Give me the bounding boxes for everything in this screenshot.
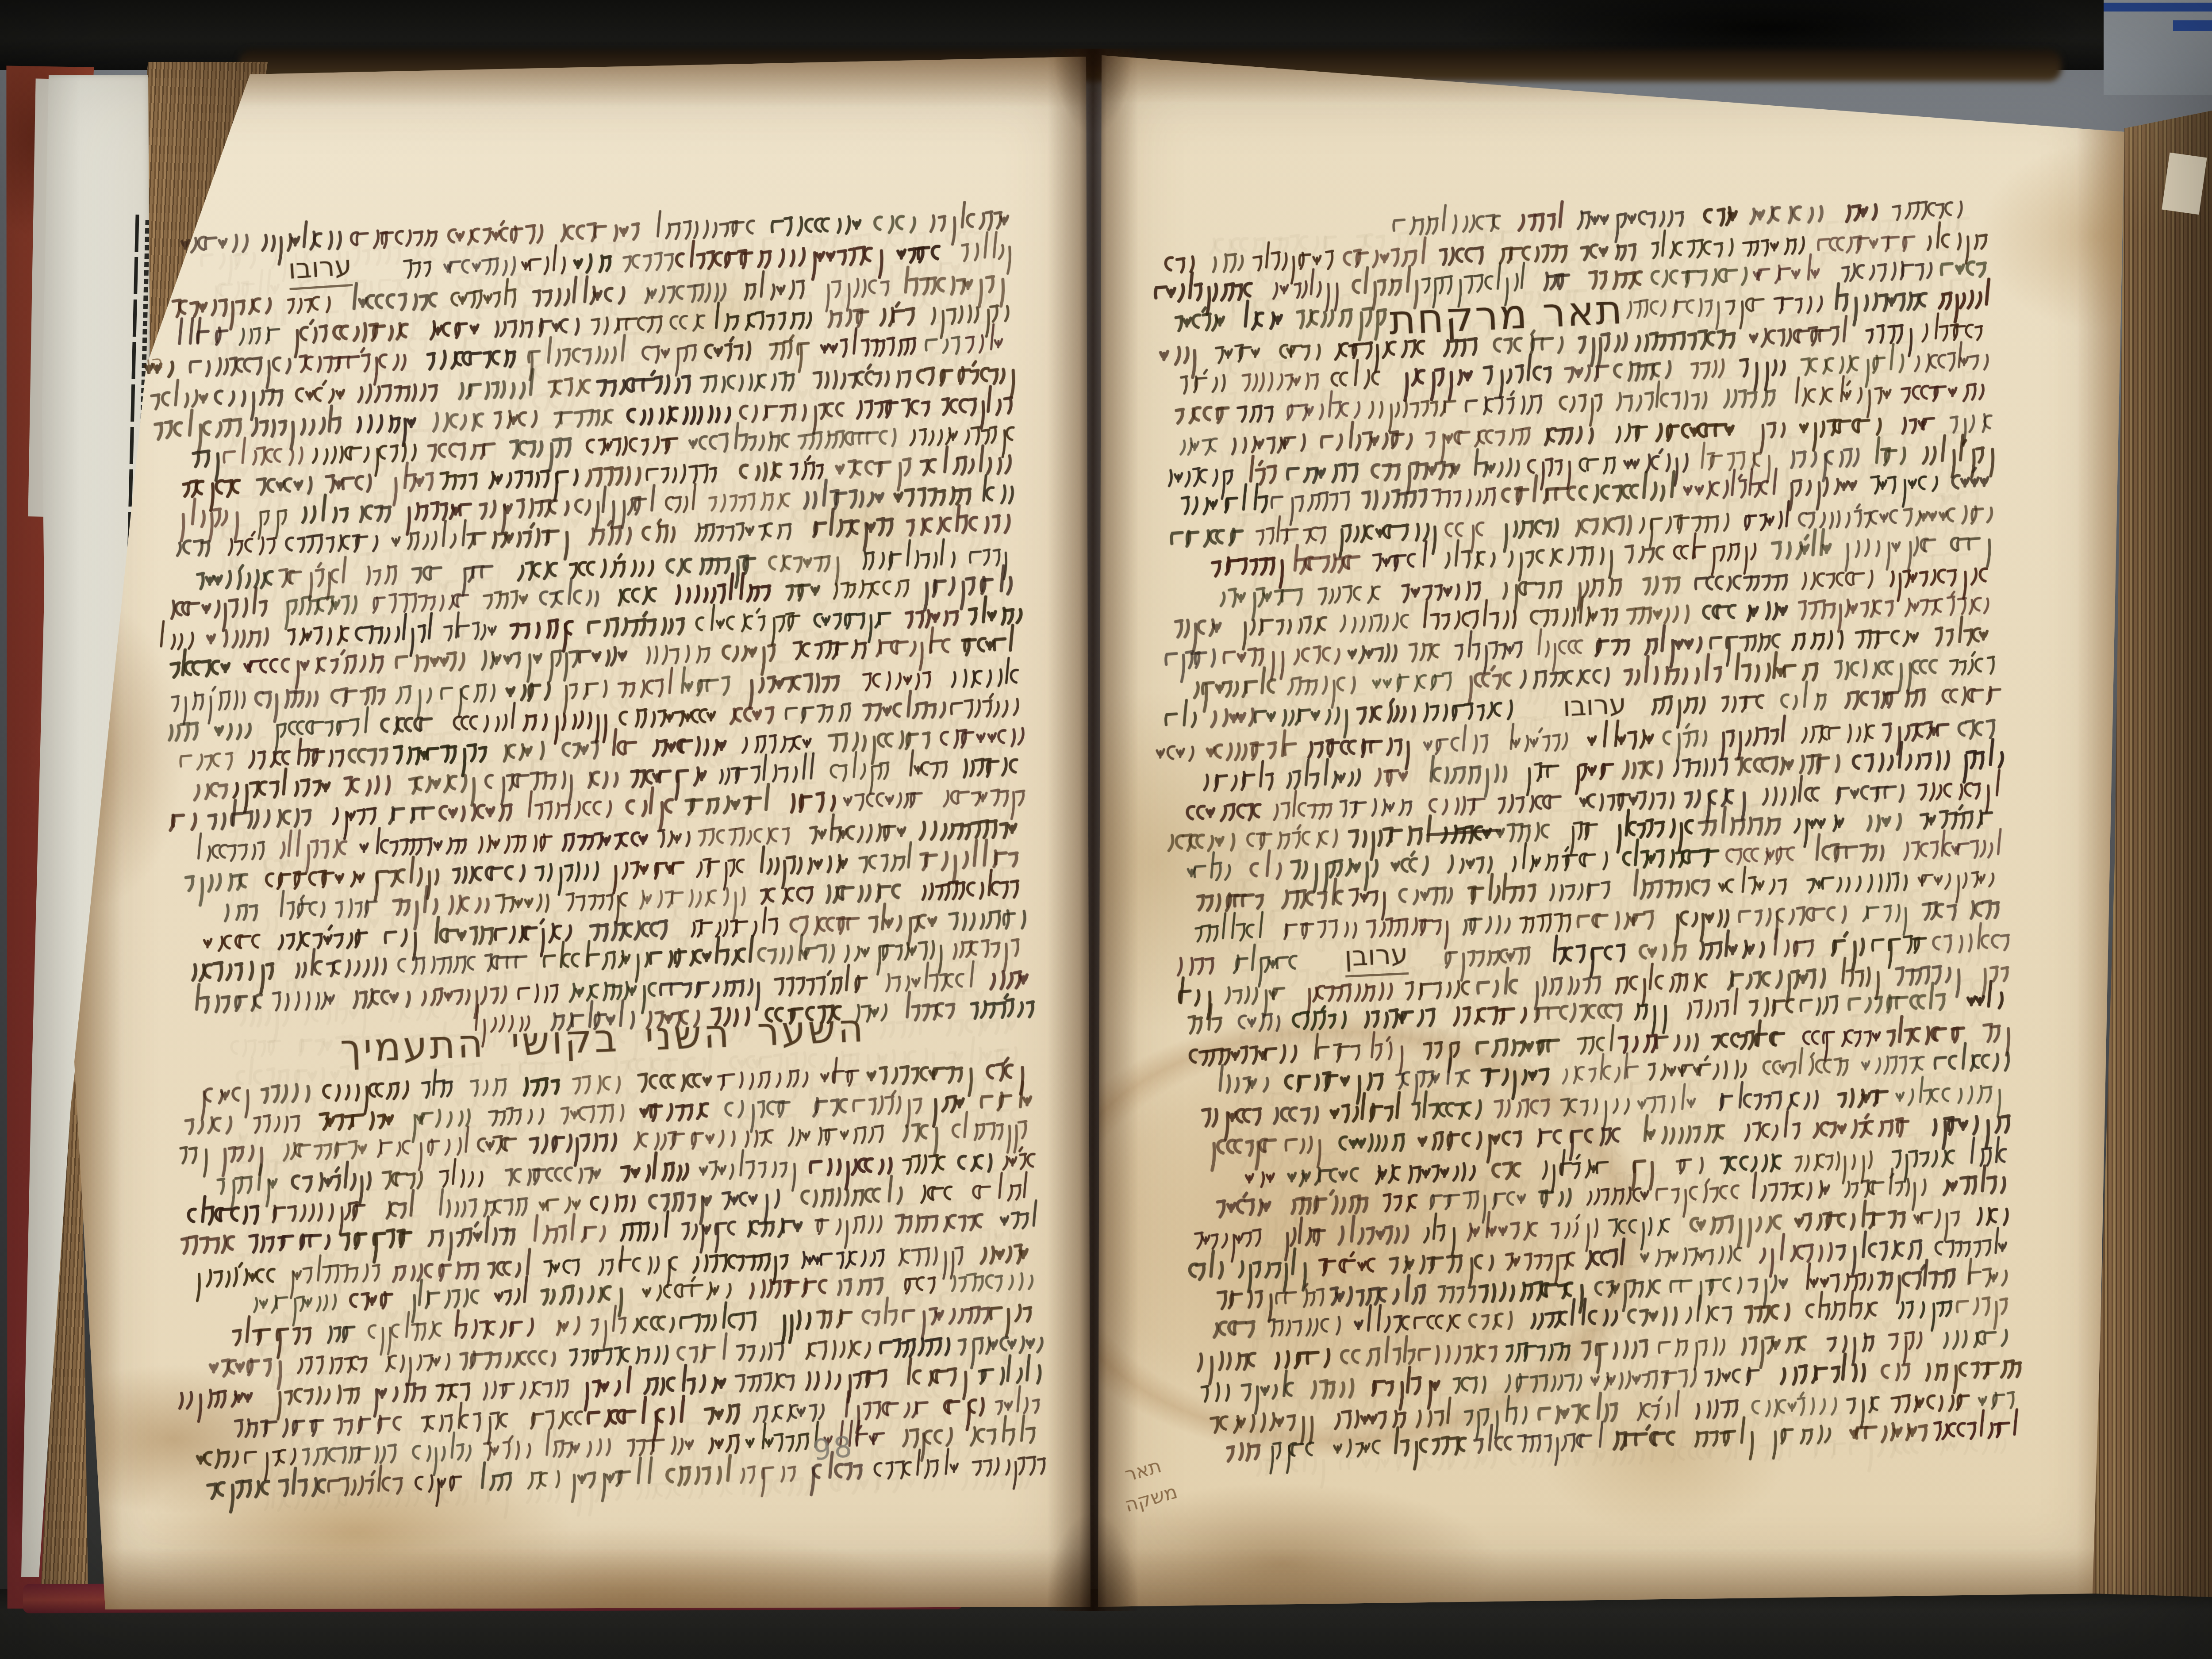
pencil-folio-number: 98 <box>811 1430 856 1467</box>
right-page-handwriting <box>1133 168 2034 1494</box>
right-page-emphasized-word-1: ערובו <box>1562 687 1627 723</box>
color-card-blue-stripe <box>2173 20 2212 31</box>
color-card-blue-stripe <box>2104 3 2212 12</box>
right-page-emphasized-word-2: ערובן <box>1344 937 1409 978</box>
left-page-emphasized-word: ערובו <box>287 249 353 290</box>
color-reference-card <box>2104 0 2212 95</box>
left-margin-note: הן <box>145 351 165 374</box>
right-page-text-block: תאר מרקחת ערובו ערובן <box>1133 168 2034 1494</box>
left-page-text-block: ערובו השער השני בקושי התעמיך <box>133 186 1066 1535</box>
manuscript-photo-stage: ערובו השער השני בקושי התעמיך תאר מרקחת ע… <box>0 0 2212 1659</box>
left-page-handwriting <box>133 186 1066 1535</box>
gutter-shadow <box>1048 49 1138 1611</box>
protruding-leaf-corner <box>2162 153 2207 215</box>
